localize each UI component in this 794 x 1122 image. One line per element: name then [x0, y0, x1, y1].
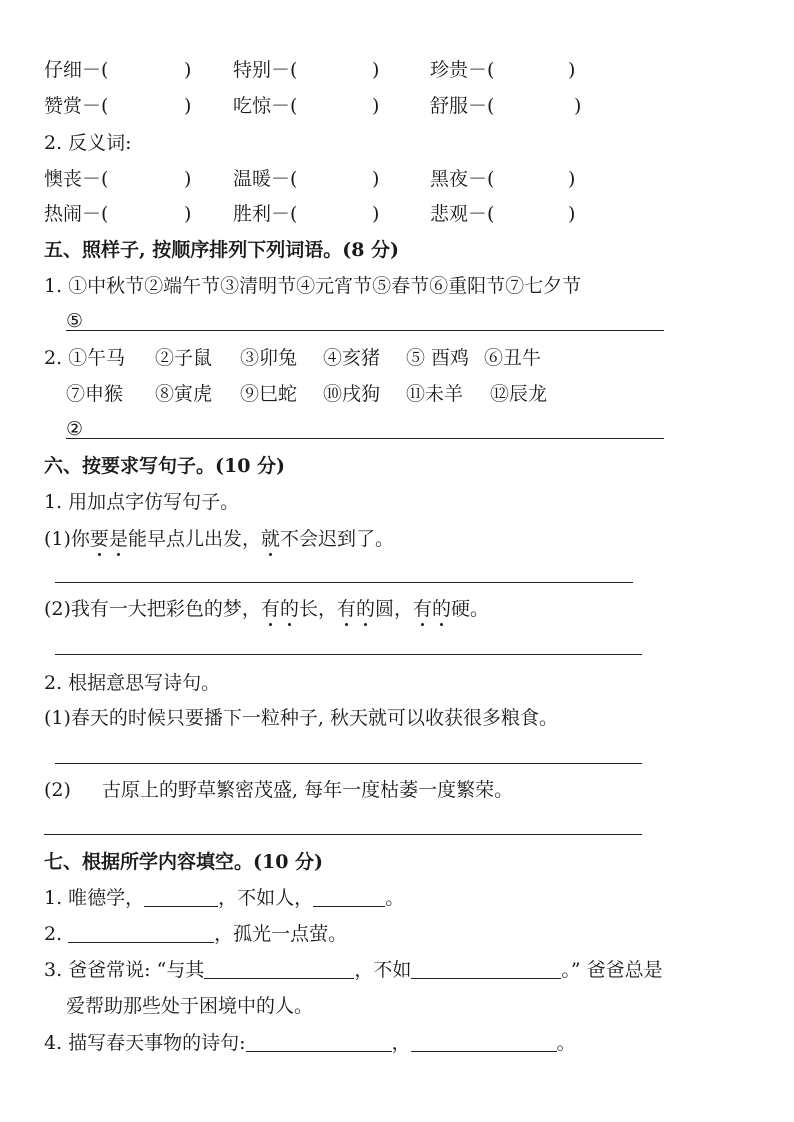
synonym-item: 仔细－( [44, 58, 108, 82]
festival-answer-line[interactable] [66, 330, 664, 331]
section-5-title: 五、照样子, 按顺序排列下列词语。(8 分) [44, 238, 399, 262]
answer-paren-close: ) [574, 94, 581, 118]
dotted-char: 的 [432, 597, 451, 621]
dotted-char: 的 [356, 597, 375, 621]
section-7-title: 七、根据所学内容填空。(10 分) [44, 850, 323, 874]
fill-q3-continued: 爱帮助那些处于困境中的人。 [66, 994, 313, 1018]
q1-instruction: 1. 用加点字仿写句子。 [44, 490, 239, 514]
festival-list: 1. ①中秋节②端午节③清明节④元宵节⑤春节⑥重阳节⑦七夕节 [44, 274, 581, 298]
answer-paren-close: ) [372, 58, 379, 82]
poem-1-answer-line[interactable] [55, 763, 642, 764]
q2-instruction: 2. 根据意思写诗句。 [44, 671, 220, 695]
answer-paren-close: ) [372, 94, 379, 118]
antonym-item: 懊丧－( [44, 167, 108, 191]
zodiac-item: ⑪未羊 [406, 382, 463, 406]
answer-paren-close: ) [372, 202, 379, 226]
zodiac-item: 2. ①午马 [44, 346, 125, 370]
zodiac-answer-line[interactable] [66, 438, 664, 439]
zodiac-item: ③卯兔 [240, 346, 297, 370]
fill-blank[interactable] [204, 960, 354, 979]
fill-q2: 2. ，孤光一点萤。 [44, 922, 347, 946]
sentence-2: (2)我有一大把彩色的梦，有的长，有的圆，有的硬。 [44, 597, 489, 621]
dotted-char: 有 [261, 597, 280, 621]
answer-paren-close: ) [184, 202, 191, 226]
dotted-char: 要 [90, 527, 109, 551]
sentence-1: (1)你要是能早点儿出发，就不会迟到了。 [44, 527, 394, 551]
synonym-item: 舒服－( [430, 94, 494, 118]
answer-paren-close: ) [568, 58, 575, 82]
antonym-item: 热闹－( [44, 202, 108, 226]
antonym-item: 黑夜－( [430, 167, 494, 191]
fill-blank[interactable] [68, 924, 214, 943]
synonym-item: 吃惊－( [233, 94, 297, 118]
answer-paren-close: ) [184, 94, 191, 118]
antonym-item: 胜利－( [233, 202, 297, 226]
zodiac-item: ⑤ 酉鸡 [406, 346, 469, 370]
fill-blank[interactable] [313, 888, 385, 907]
poem-meaning-1: (1)春天的时候只要播下一粒种子, 秋天就可以收获很多粮食。 [44, 706, 558, 730]
answer-paren-close: ) [568, 167, 575, 191]
zodiac-item: ⑫辰龙 [490, 382, 547, 406]
answer-paren-close: ) [184, 167, 191, 191]
zodiac-item: ⑦申猴 [66, 382, 123, 406]
dotted-char: 有 [413, 597, 432, 621]
dotted-char: 有 [337, 597, 356, 621]
dotted-char: 的 [280, 597, 299, 621]
antonym-item: 温暖－( [233, 167, 297, 191]
synonym-item: 珍贵－( [430, 58, 494, 82]
antonym-item: 悲观－( [430, 202, 494, 226]
answer-paren-close: ) [372, 167, 379, 191]
section-6-title: 六、按要求写句子。(10 分) [44, 454, 285, 478]
poem-2-answer-line[interactable] [44, 834, 642, 835]
zodiac-item: ②子鼠 [155, 346, 212, 370]
dotted-char: 就 [261, 527, 280, 551]
answer-paren-close: ) [184, 58, 191, 82]
fill-q3: 3. 爸爸常说: “与其，不如。” 爸爸总是 [44, 958, 663, 982]
zodiac-item: ⑨巳蛇 [240, 382, 297, 406]
fill-q1: 1. 唯德学，，不如人，。 [44, 886, 404, 910]
zodiac-item: ⑥丑牛 [484, 346, 541, 370]
antonyms-label: 2. 反义词: [44, 131, 132, 155]
zodiac-item: ⑧寅虎 [155, 382, 212, 406]
poem-meaning-2-number: (2) [44, 778, 71, 802]
synonym-item: 赞赏－( [44, 94, 108, 118]
fill-blank[interactable] [144, 888, 218, 907]
zodiac-item: ⑩戌狗 [323, 382, 380, 406]
answer-paren-close: ) [568, 202, 575, 226]
fill-q4: 4. 描写春天事物的诗句:，。 [44, 1031, 576, 1055]
poem-meaning-2: 古原上的野草繁密茂盛, 每年一度枯萎一度繁荣。 [102, 778, 513, 802]
fill-blank[interactable] [411, 1033, 557, 1052]
dotted-char: 是 [109, 527, 128, 551]
synonym-item: 特别－( [233, 58, 297, 82]
sentence-2-answer-line[interactable] [55, 654, 642, 655]
fill-blank[interactable] [411, 960, 561, 979]
fill-blank[interactable] [246, 1033, 392, 1052]
zodiac-item: ④亥猪 [323, 346, 380, 370]
sentence-1-answer-line[interactable] [55, 582, 633, 583]
